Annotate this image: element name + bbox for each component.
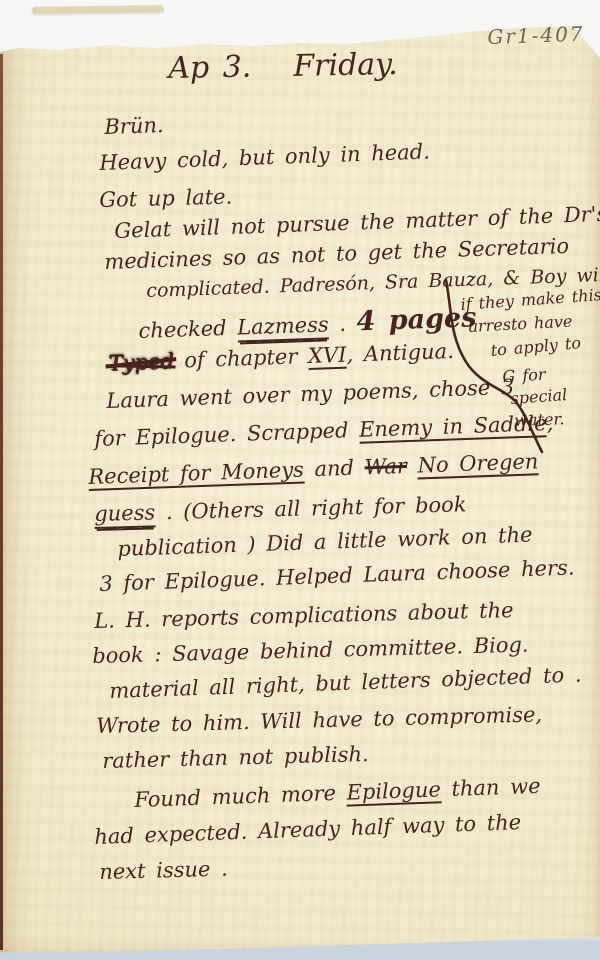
diary-word: than we: [440, 774, 541, 801]
margin-note-line: G for: [502, 366, 546, 386]
margin-note-line: special: [510, 386, 568, 408]
diary-word: checked: [138, 316, 238, 343]
diary-word: of chapter: [173, 344, 308, 373]
entry-date-heading: Ap 3.Friday.: [168, 48, 398, 85]
diary-word: and: [303, 455, 365, 481]
diary-word: Got up late.: [99, 185, 233, 212]
diary-word: next issue .: [99, 857, 228, 884]
adjacent-page-edge: [32, 5, 164, 14]
struck-out-word: War: [364, 454, 407, 479]
underlined-title: Lazmess: [237, 313, 329, 342]
diary-line: Brün.: [104, 114, 164, 139]
diary-word: water.: [514, 409, 565, 430]
scanned-diary-page: { "colors":{ "ink":"#45241d", "pencil":"…: [0, 0, 600, 960]
diary-word: special: [510, 385, 568, 408]
binding-edge: [0, 54, 3, 950]
diary-word: .: [328, 311, 357, 336]
margin-note-line: water.: [514, 410, 565, 429]
underlined-title: guess: [94, 501, 156, 529]
archive-reference: Gr1-407: [487, 23, 585, 48]
diary-word: Brün.: [104, 113, 164, 139]
underlined-title: XVI: [308, 344, 347, 370]
struck-out-word: Typed: [108, 350, 174, 375]
entry-day: Friday.: [293, 47, 398, 84]
entry-date: Ap 3.: [168, 50, 252, 86]
diary-word: G for: [502, 365, 546, 386]
diary-line: next issue .: [99, 858, 228, 884]
underlined-title: Epilogue: [346, 778, 441, 806]
diary-line: Got up late.: [99, 186, 233, 213]
